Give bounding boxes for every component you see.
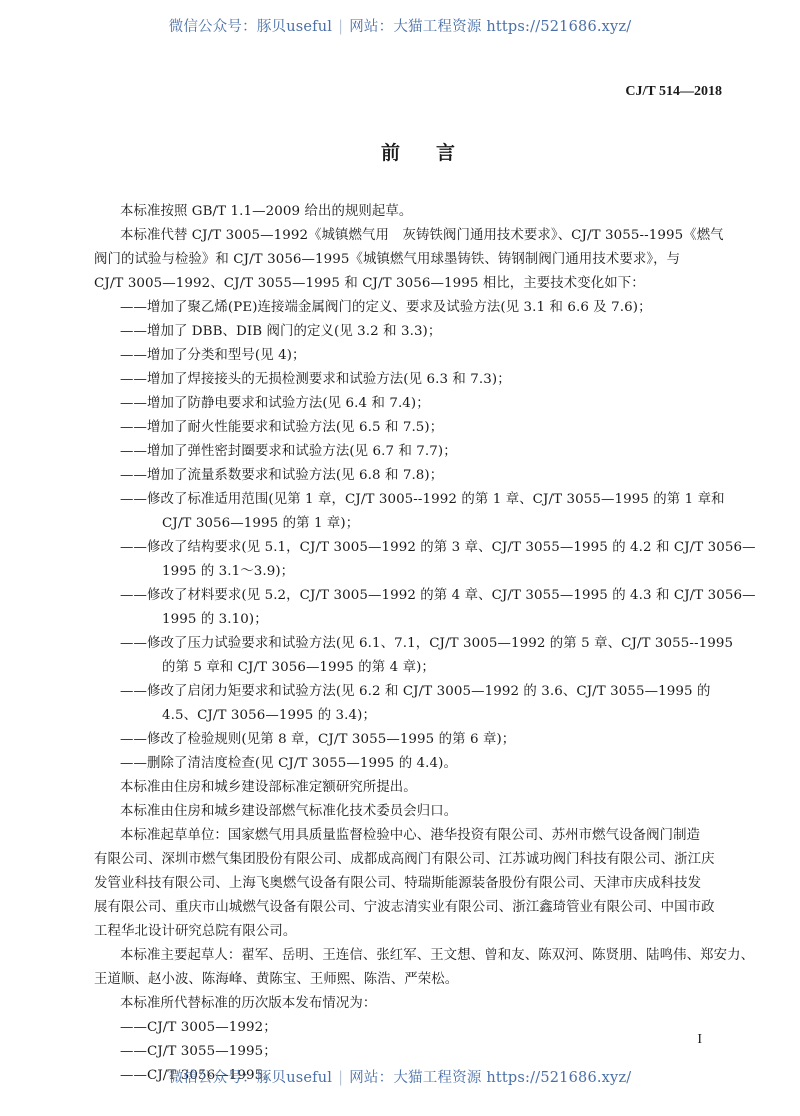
watermark-wechat: 微信公众号：豚贝useful xyxy=(169,19,333,35)
change-item-continued: CJ/T 3056—1995 的第 1 章)； xyxy=(94,512,734,536)
paragraph-drafting-units-line5: 工程华北设计研究总院有限公司。 xyxy=(94,920,734,944)
change-item-continued: 1995 的 3.1～3.9)； xyxy=(94,560,734,584)
paragraph-drafting-units-line4: 展有限公司、重庆市山城燃气设备有限公司、宁波志清实业有限公司、浙江鑫琦管业有限公… xyxy=(94,896,734,920)
paragraph-replaces-line3: CJ/T 3005—1992、CJ/T 3055—1995 和 CJ/T 305… xyxy=(94,272,734,296)
change-item: ——修改了压力试验要求和试验方法(见 6.1、7.1，CJ/T 3005—199… xyxy=(94,632,734,656)
change-item: ——增加了聚乙烯(PE)连接端金属阀门的定义、要求及试验方法(见 3.1 和 6… xyxy=(94,296,734,320)
change-item-continued: 1995 的 3.10)； xyxy=(94,608,734,632)
paragraph-replaces-line2: 阀门的试验与检验》和 CJ/T 3056—1995《城镇燃气用球墨铸铁、铸钢制阀… xyxy=(94,248,734,272)
change-item: ——增加了焊接接头的无损检测要求和试验方法(见 6.3 和 7.3)； xyxy=(94,368,734,392)
watermark-separator: | xyxy=(338,19,343,35)
change-item: ——增加了耐火性能要求和试验方法(见 6.5 和 7.5)； xyxy=(94,416,734,440)
watermark-separator: | xyxy=(338,1070,343,1086)
foreword-body: 本标准按照 GB/T 1.1—2009 给出的规则起草。 本标准代替 CJ/T … xyxy=(94,200,734,1088)
change-item-continued: 的第 5 章和 CJ/T 3056—1995 的第 4 章)； xyxy=(94,656,734,680)
change-item: ——修改了结构要求(见 5.1，CJ/T 3005—1992 的第 3 章、CJ… xyxy=(94,536,734,560)
paragraph-proposed-by: 本标准由住房和城乡建设部标准定额研究所提出。 xyxy=(94,776,734,800)
watermark-top: 微信公众号：豚贝useful|网站：大猫工程资源 https://521686.… xyxy=(0,15,800,36)
change-item-continued: 4.5、CJ/T 3056—1995 的 3.4)； xyxy=(94,704,734,728)
watermark-wechat: 微信公众号：豚贝useful xyxy=(169,1070,333,1086)
change-item: ——增加了防静电要求和试验方法(见 6.4 和 7.4)； xyxy=(94,392,734,416)
change-item: ——修改了检验规则(见第 8 章，CJ/T 3055—1995 的第 6 章)； xyxy=(94,728,734,752)
change-item: ——增加了 DBB、DIB 阀门的定义(见 3.2 和 3.3)； xyxy=(94,320,734,344)
paragraph-administered-by: 本标准由住房和城乡建设部燃气标准化技术委员会归口。 xyxy=(94,800,734,824)
change-item: ——删除了清洁度检查(见 CJ/T 3055—1995 的 4.4)。 xyxy=(94,752,734,776)
watermark-website: 网站：大猫工程资源 https://521686.xyz/ xyxy=(349,1070,631,1086)
change-item: ——修改了材料要求(见 5.2，CJ/T 3005—1992 的第 4 章、CJ… xyxy=(94,584,734,608)
history-item: ——CJ/T 3005—1992； xyxy=(94,1016,734,1040)
paragraph-drafting-rule: 本标准按照 GB/T 1.1—2009 给出的规则起草。 xyxy=(94,200,734,224)
change-item: ——修改了标准适用范围(见第 1 章，CJ/T 3005--1992 的第 1 … xyxy=(94,488,734,512)
history-item: ——CJ/T 3055—1995； xyxy=(94,1040,734,1064)
paragraph-history-intro: 本标准所代替标准的历次版本发布情况为： xyxy=(94,992,734,1016)
paragraph-drafting-units-line2: 有限公司、深圳市燃气集团股份有限公司、成都成高阀门有限公司、江苏诚功阀门科技有限… xyxy=(94,848,734,872)
change-item: ——增加了流量系数要求和试验方法(见 6.8 和 7.8)； xyxy=(94,464,734,488)
paragraph-drafters-line2: 王道顺、赵小波、陈海峰、黄陈宝、王师熙、陈浩、严荣松。 xyxy=(94,968,734,992)
watermark-website: 网站：大猫工程资源 https://521686.xyz/ xyxy=(349,19,631,35)
change-item: ——增加了分类和型号(见 4)； xyxy=(94,344,734,368)
change-item: ——修改了启闭力矩要求和试验方法(见 6.2 和 CJ/T 3005—1992 … xyxy=(94,680,734,704)
paragraph-drafting-units-line3: 发管业科技有限公司、上海飞奥燃气设备有限公司、特瑞斯能源装备股份有限公司、天津市… xyxy=(94,872,734,896)
standard-code: CJ/T 514—2018 xyxy=(625,84,722,100)
paragraph-drafting-units-line1: 本标准起草单位：国家燃气用具质量监督检验中心、港华投资有限公司、苏州市燃气设备阀… xyxy=(94,824,734,848)
page-number: I xyxy=(697,1032,702,1048)
page-title: 前言 xyxy=(0,138,800,165)
paragraph-drafters-line1: 本标准主要起草人：翟军、岳明、王连信、张红军、王文想、曾和友、陈双河、陈贤朋、陆… xyxy=(94,944,734,968)
watermark-bottom: 微信公众号：豚贝useful|网站：大猫工程资源 https://521686.… xyxy=(0,1066,800,1087)
paragraph-replaces-line1: 本标准代替 CJ/T 3005—1992《城镇燃气用 灰铸铁阀门通用技术要求》、… xyxy=(94,224,734,248)
change-item: ——增加了弹性密封圈要求和试验方法(见 6.7 和 7.7)； xyxy=(94,440,734,464)
